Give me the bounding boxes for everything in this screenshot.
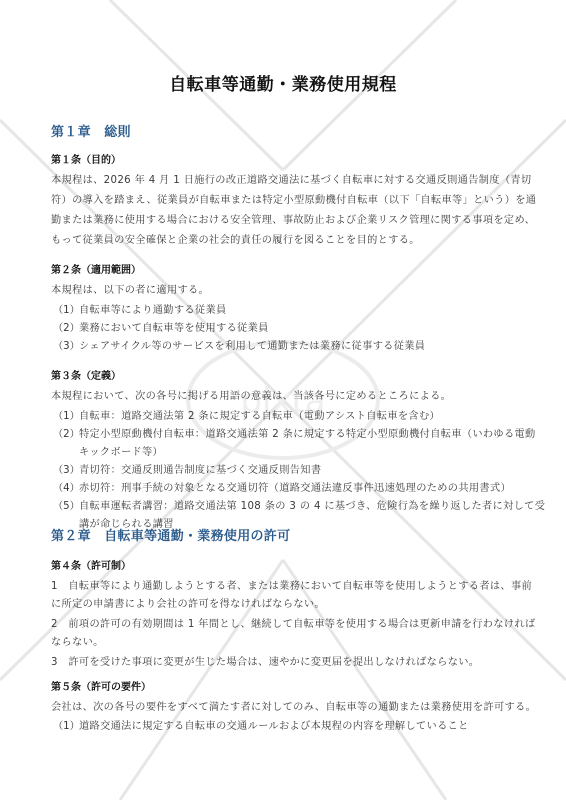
article-3-intro: 本規程において、次の各号に掲げる用語の意義は、当該各号に定めるところによる。 bbox=[51, 387, 451, 402]
list-item-text: 業務において自転車等を使用する従業員 bbox=[79, 319, 269, 334]
list-item-text: 自転車運転者講習：道路交通法第 108 条の 3 の 4 に基づき、危険行為を繰… bbox=[79, 497, 545, 512]
list-item-text: 特定小型原動機付自転車：道路交通法第 2 条に規定する特定小型原動機付自転車（い… bbox=[79, 425, 536, 440]
list-item-text: キックボード等） bbox=[79, 443, 163, 458]
article-1-heading: 第１条（目的） bbox=[51, 151, 121, 166]
article-2-intro: 本規程は、以下の者に適用する。 bbox=[51, 281, 209, 296]
list-item-text: シェアサイクル等のサービスを利用して通勤または業務に従事する従業員 bbox=[79, 337, 425, 352]
list-item-number: （4） bbox=[53, 479, 80, 494]
document-page: 自転車等通勤・業務使用規程 第１章 総則 第１条（目的） 本規程は、2026 年… bbox=[0, 0, 566, 800]
article-1-line: 勤または業務に使用する場合における安全管理、事故防止および企業リスク管理に関する… bbox=[51, 211, 535, 226]
list-item-number: （2） bbox=[53, 425, 80, 440]
list-item-text: 道路交通法に規定する自転車の交通ルールおよび本規程の内容を理解していること bbox=[79, 717, 469, 732]
article-4-paragraph-line: 3 許可を受けた事項に変更が生じた場合は、速やかに変更届を提出しなければならない… bbox=[51, 653, 479, 668]
article-4-paragraph-line: ならない。 bbox=[51, 633, 104, 648]
article-4-paragraph-line: 1 自転車等により通勤しようとする者、または業務において自転車等を使用しようとす… bbox=[51, 577, 532, 592]
article-4-heading: 第４条（許可制） bbox=[51, 557, 131, 572]
article-1-line: 本規程は、2026 年 4 月 1 日施行の改正道路交通法に基づく自転車に対する… bbox=[51, 171, 531, 186]
list-item-number: （1） bbox=[53, 301, 80, 316]
document-title: 自転車等通勤・業務使用規程 bbox=[0, 70, 566, 95]
chapter-1-heading: 第１章 総則 bbox=[51, 121, 131, 140]
chapter-2-heading: 第２章 自転車等通勤・業務使用の許可 bbox=[51, 525, 290, 544]
article-3-heading: 第３条（定義） bbox=[51, 367, 121, 382]
list-item-text: 自転車等により通勤する従業員 bbox=[79, 301, 227, 316]
list-item-number: （1） bbox=[53, 407, 80, 422]
list-item-number: （1） bbox=[53, 717, 80, 732]
article-2-heading: 第２条（適用範囲） bbox=[51, 261, 141, 276]
article-1-line: 符）の導入を踏まえ、従業員が自転車または特定小型原動機付自転車（以下「自転車等」… bbox=[51, 191, 536, 206]
list-item-text: 自転車：道路交通法第 2 条に規定する自転車（電動アシスト自転車を含む） bbox=[79, 407, 440, 422]
article-4-paragraph-line: 2 前項の許可の有効期間は 1 年間とし、継続して自転車等を使用する場合は更新申… bbox=[51, 615, 536, 630]
list-item-number: （3） bbox=[53, 461, 80, 476]
list-item-number: （3） bbox=[53, 337, 80, 352]
list-item-number: （5） bbox=[53, 497, 80, 512]
article-5-intro: 会社は、次の各号の要件をすべて満たす者に対してのみ、自転車等の通勤または業務使用… bbox=[51, 698, 536, 713]
article-1-line: もって従業員の安全確保と企業の社会的責任の履行を図ることを目的とする。 bbox=[51, 231, 420, 246]
list-item-number: （2） bbox=[53, 319, 80, 334]
article-4-paragraph-line: に所定の申請書により会社の許可を得なければならない。 bbox=[51, 595, 325, 610]
list-item-text: 青切符：交通反則通告制度に基づく交通反則告知書 bbox=[79, 461, 321, 476]
article-5-heading: 第５条（許可の要件） bbox=[51, 678, 151, 693]
list-item-text: 赤切符：刑事手続の対象となる交通切符（道路交通法違反事件迅速処理のための共用書式… bbox=[79, 479, 511, 494]
